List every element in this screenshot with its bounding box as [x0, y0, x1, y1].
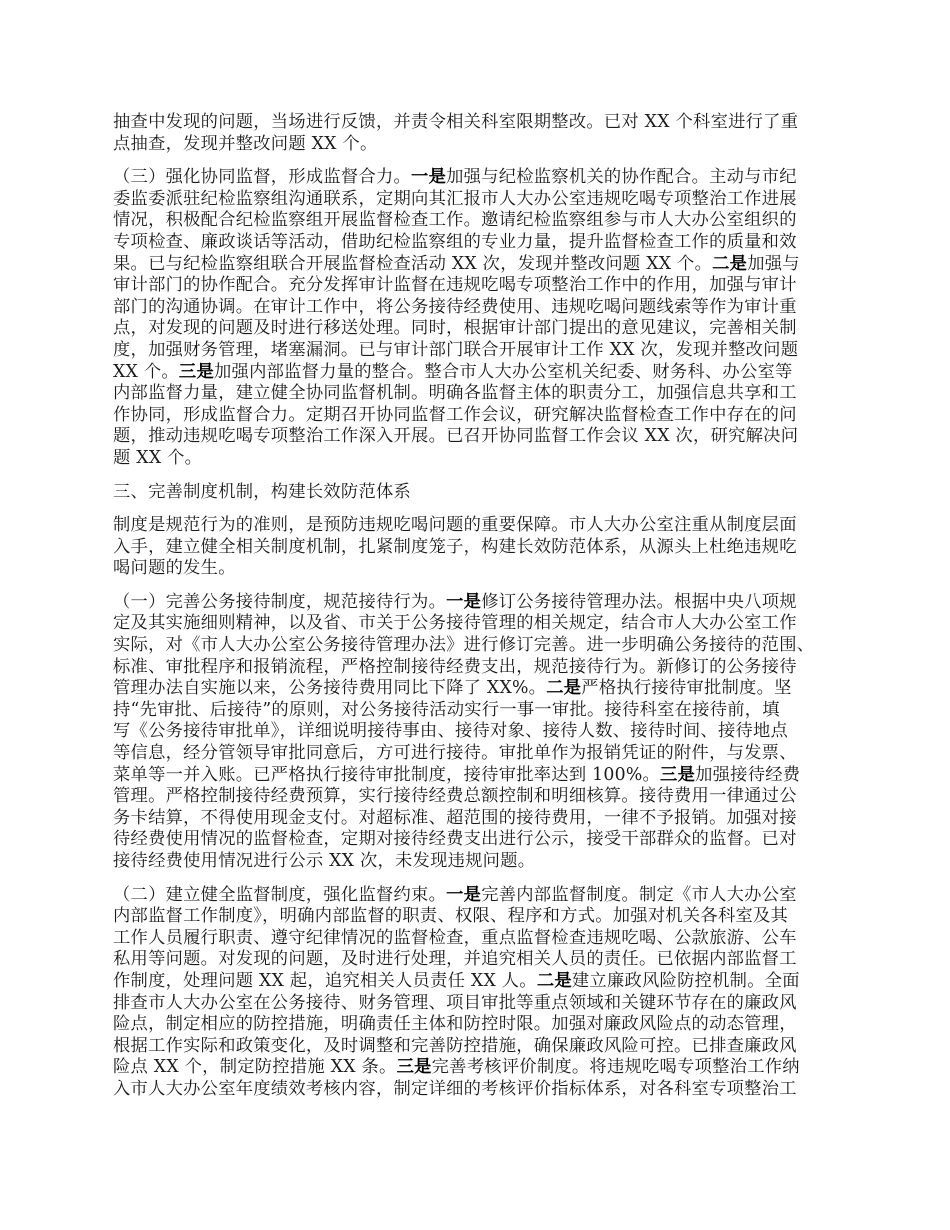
bold-enumerator: 二是: [537, 971, 572, 991]
text-run: 内部监督工作制度》，明确内部监督的职责、权限、程序和方式。加强对机关各科室及其: [113, 906, 788, 926]
body-paragraph: 制度是规范行为的准则，是预防违规吃喝问题的重要保障。市人大办公室注重从制度层面入…: [113, 515, 843, 580]
text-line: 审计部门的协作配合。充分发挥审计监督在违规吃喝专项整治工作中的作用，加强与审计: [113, 275, 843, 297]
body-paragraph: （二）建立健全监督制度，强化监督约束。一是完善内部监督制度。制定《市人大办公室内…: [113, 885, 843, 1101]
text-line: 标准、审批程序和报销流程，严格控制接待经费支出，规范接待行为。新修订的公务接待: [113, 657, 843, 679]
text-run: 点抽查，发现并整改问题 XX 个。: [113, 134, 378, 154]
bold-enumerator: 一是: [446, 592, 481, 612]
text-line: 写《公务接待审批单》，详细说明接待事由、接待对象、接待人数、接待时间、接待地点: [113, 721, 843, 743]
text-run: 务卡结算，不得使用现金支付。对超标准、超范围的接待费用，一律不予报销。加强对接: [113, 808, 797, 828]
text-run: 完善内部监督制度。制定《市人大办公室: [481, 885, 797, 905]
text-run: 内部监督力量，建立健全协同监督机制。明确各监督主体的职责分工，加强信息共享和工: [113, 383, 797, 403]
text-run: 果。已与纪检监察组联合开展监督检查活动 XX 次，发现并整改问题 XX 个。: [113, 254, 712, 274]
text-line: 情况，积极配合纪检监察组开展监督检查工作。邀请纪检监察组参与市人大办公室组织的: [113, 210, 843, 232]
body-paragraph: 抽查中发现的问题，当场进行反馈，并责令相关科室限期整改。已对 XX 个科室进行了…: [113, 112, 843, 155]
text-run: 喝问题的发生。: [113, 558, 236, 578]
bold-enumerator: 二是: [546, 678, 581, 698]
text-run: 接待经费使用情况进行公示 XX 次，未发现违规问题。: [113, 851, 535, 871]
text-line: 抽查中发现的问题，当场进行反馈，并责令相关科室限期整改。已对 XX 个科室进行了…: [113, 112, 843, 134]
text-run: 险点 XX 个，制定防控措施 XX 条。: [113, 1057, 397, 1077]
text-run: 管理办法自实施以来，公务接待费用同比下降了 XX%。: [113, 678, 546, 698]
text-run: 根据工作实际和政策变化，及时调整和完善防控措施，确保廉政风险可控。已排查廉政风: [113, 1036, 797, 1056]
text-line: 入手，建立健全相关制度机制，扎紧制度笼子，构建长效防范体系，从源头上杜绝违规吃: [113, 537, 843, 559]
text-line: 作协同，形成监督合力。定期召开协同监督工作会议，研究解决监督检查工作中存在的问: [113, 405, 843, 427]
text-line: 等信息，经分管领导审批同意后，方可进行接待。审批单作为报销凭证的附件，与发票、: [113, 743, 843, 765]
text-run: 标准、审批程序和报销流程，严格控制接待经费支出，规范接待行为。新修订的公务接待: [113, 657, 797, 677]
text-line: 入市人大办公室年度绩效考核内容，制定详细的考核评价指标体系，对各科室专项整治工: [113, 1079, 843, 1101]
text-line: 务卡结算，不得使用现金支付。对超标准、超范围的接待费用，一律不予报销。加强对接: [113, 808, 843, 830]
text-run: 加强内部监督力量的整合。整合市人大办公室机关纪委、财务科、办公室等: [214, 362, 793, 382]
text-run: XX 个。: [113, 362, 179, 382]
text-line: 实际，对《市人大办公室公务接待管理办法》进行修订完善。进一步明确公务接待的范围、: [113, 635, 843, 657]
text-run: 题，推动违规吃喝专项整治工作深入开展。已召开协同监督工作会议 XX 次，研究解决…: [113, 426, 798, 446]
text-line: 管理办法自实施以来，公务接待费用同比下降了 XX%。二是严格执行接待审批制度。坚: [113, 678, 843, 700]
text-line: 部门的沟通协调。在审计工作中，将公务接待经费使用、违规吃喝问题线索等作为审计重: [113, 297, 843, 319]
text-line: 工作人员履行职责、遵守纪律情况的监督检查，重点监督检查违规吃喝、公款旅游、公车: [113, 928, 843, 950]
body-paragraph: （三）强化协同监督，形成监督合力。一是加强与纪检监察机关的协作配合。主动与市纪委…: [113, 167, 843, 469]
text-run: 审计部门的协作配合。充分发挥审计监督在违规吃喝专项整治工作中的作用，加强与审计: [113, 275, 797, 295]
text-line: 内部监督力量，建立健全协同监督机制。明确各监督主体的职责分工，加强信息共享和工: [113, 383, 843, 405]
text-line: 根据工作实际和政策变化，及时调整和完善防控措施，确保廉政风险可控。已排查廉政风: [113, 1036, 843, 1058]
text-line: 持“先审批、后接待”的原则，对公务接待活动实行一事一审批。接待科室在接待前，填: [113, 700, 843, 722]
text-run: 部门的沟通协调。在审计工作中，将公务接待经费使用、违规吃喝问题线索等作为审计重: [113, 297, 797, 317]
text-line: 险点 XX 个，制定防控措施 XX 条。三是完善考核评价制度。将违规吃喝专项整治…: [113, 1057, 843, 1079]
text-run: 菜单等一并入账。已严格执行接待审批制度，接待审批率达到 100%。: [113, 765, 660, 785]
section-heading: 三、完善制度机制，构建长效防范体系: [113, 482, 843, 504]
text-run: 险点，制定相应的防控措施，明确责任主体和防控时限。加强对廉政风险点的动态管理，: [113, 1014, 797, 1034]
text-line: 三、完善制度机制，构建长效防范体系: [113, 482, 843, 504]
text-run: 等信息，经分管领导审批同意后，方可进行接待。审批单作为报销凭证的附件，与发票、: [113, 743, 797, 763]
text-line: 题 XX 个。: [113, 448, 843, 470]
text-line: 果。已与纪检监察组联合开展监督检查活动 XX 次，发现并整改问题 XX 个。二是…: [113, 254, 843, 276]
text-run: 作制度，处理问题 XX 起，追究相关人员责任 XX 人。: [113, 971, 537, 991]
text-run: 度，加强财务管理，堵塞漏洞。已与审计部门联合开展审计工作 XX 次，发现并整改问…: [113, 340, 798, 360]
text-run: 排查市人大办公室在公务接待、财务管理、项目审批等重点领域和关键环节存在的廉政风: [113, 993, 797, 1013]
text-line: 制度是规范行为的准则，是预防违规吃喝问题的重要保障。市人大办公室注重从制度层面: [113, 515, 843, 537]
text-run: 写《公务接待审批单》，详细说明接待事由、接待对象、接待人数、接待时间、接待地点: [113, 721, 788, 741]
bold-enumerator: 一是: [446, 885, 481, 905]
text-run: 点，对发现的问题及时进行移送处理。同时，根据审计部门提出的意见建议，完善相关制: [113, 318, 797, 338]
text-run: 修订公务接待管理办法。根据中央八项规: [481, 592, 797, 612]
text-run: 三、完善制度机制，构建长效防范体系: [113, 482, 411, 502]
bold-enumerator: 二是: [712, 254, 747, 274]
text-run: 私用等问题。对发现的问题，及时进行处理，并追究相关人员的责任。已依据内部监督工: [113, 949, 797, 969]
text-run: 专项检查、廉政谈话等活动，借助纪检监察组的专业力量，提升监督检查工作的质量和效: [113, 232, 797, 252]
text-run: 持“先审批、后接待”的原则，对公务接待活动实行一事一审批。接待科室在接待前，填: [113, 700, 780, 720]
text-line: XX 个。三是加强内部监督力量的整合。整合市人大办公室机关纪委、财务科、办公室等: [113, 362, 843, 384]
text-run: 加强与纪检监察机关的协作配合。主动与市纪: [446, 167, 797, 187]
text-run: 待经费使用情况的监督检查，定期对接待经费支出进行公示，接受干部群众的监督。已对: [113, 829, 797, 849]
text-line: 待经费使用情况的监督检查，定期对接待经费支出进行公示，接受干部群众的监督。已对: [113, 829, 843, 851]
text-line: 委监委派驻纪检监察组沟通联系，定期向其汇报市人大办公室违规吃喝专项整治工作进展: [113, 189, 843, 211]
text-run: 入市人大办公室年度绩效考核内容，制定详细的考核评价指标体系，对各科室专项整治工: [113, 1079, 797, 1099]
text-run: 实际，对《市人大办公室公务接待管理办法》进行修订完善。进一步明确公务接待的范围、: [113, 635, 814, 655]
text-run: 委监委派驻纪检监察组沟通联系，定期向其汇报市人大办公室违规吃喝专项整治工作进展: [113, 189, 797, 209]
text-line: 接待经费使用情况进行公示 XX 次，未发现违规问题。: [113, 851, 843, 873]
text-run: （三）强化协同监督，形成监督合力。: [113, 167, 411, 187]
text-line: 定及其实施细则精神，以及省、市关于公务接待管理的相关规定，结合市人大办公室工作: [113, 613, 843, 635]
text-line: （二）建立健全监督制度，强化监督约束。一是完善内部监督制度。制定《市人大办公室: [113, 885, 843, 907]
text-line: 点，对发现的问题及时进行移送处理。同时，根据审计部门提出的意见建议，完善相关制: [113, 318, 843, 340]
text-line: 度，加强财务管理，堵塞漏洞。已与审计部门联合开展审计工作 XX 次，发现并整改问…: [113, 340, 843, 362]
text-line: 专项检查、廉政谈话等活动，借助纪检监察组的专业力量，提升监督检查工作的质量和效: [113, 232, 843, 254]
text-line: 险点，制定相应的防控措施，明确责任主体和防控时限。加强对廉政风险点的动态管理，: [113, 1014, 843, 1036]
bold-enumerator: 三是: [660, 765, 695, 785]
text-run: 制度是规范行为的准则，是预防违规吃喝问题的重要保障。市人大办公室注重从制度层面: [113, 515, 797, 535]
text-line: 内部监督工作制度》，明确内部监督的职责、权限、程序和方式。加强对机关各科室及其: [113, 906, 843, 928]
text-run: 严格执行接待审批制度。坚: [581, 678, 791, 698]
bold-enumerator: 一是: [411, 167, 446, 187]
bold-enumerator: 三是: [397, 1057, 432, 1077]
text-run: 加强与: [747, 254, 800, 274]
text-line: 作制度，处理问题 XX 起，追究相关人员责任 XX 人。二是建立廉政风险防控机制…: [113, 971, 843, 993]
text-run: 完善考核评价制度。将违规吃喝专项整治工作纳: [432, 1057, 800, 1077]
text-run: 题 XX 个。: [113, 448, 202, 468]
text-run: 工作人员履行职责、遵守纪律情况的监督检查，重点监督检查违规吃喝、公款旅游、公车: [113, 928, 797, 948]
text-line: （一）完善公务接待制度，规范接待行为。一是修订公务接待管理办法。根据中央八项规: [113, 592, 843, 614]
text-run: 管理。严格控制接待经费预算，实行接待经费总额控制和明细核算。接待费用一律通过公: [113, 786, 797, 806]
bold-enumerator: 三是: [179, 362, 214, 382]
text-line: 点抽查，发现并整改问题 XX 个。: [113, 134, 843, 156]
text-line: 喝问题的发生。: [113, 558, 843, 580]
text-line: 菜单等一并入账。已严格执行接待审批制度，接待审批率达到 100%。三是加强接待经…: [113, 765, 843, 787]
text-run: 入手，建立健全相关制度机制，扎紧制度笼子，构建长效防范体系，从源头上杜绝违规吃: [113, 537, 797, 557]
text-line: 题，推动违规吃喝专项整治工作深入开展。已召开协同监督工作会议 XX 次，研究解决…: [113, 426, 843, 448]
document-page: 抽查中发现的问题，当场进行反馈，并责令相关科室限期整改。已对 XX 个科室进行了…: [113, 112, 843, 1113]
body-paragraph: （一）完善公务接待制度，规范接待行为。一是修订公务接待管理办法。根据中央八项规定…: [113, 592, 843, 873]
text-run: 加强接待经费: [695, 765, 800, 785]
text-run: （一）完善公务接待制度，规范接待行为。: [113, 592, 446, 612]
text-run: 定及其实施细则精神，以及省、市关于公务接待管理的相关规定，结合市人大办公室工作: [113, 613, 797, 633]
text-line: 管理。严格控制接待经费预算，实行接待经费总额控制和明细核算。接待费用一律通过公: [113, 786, 843, 808]
text-run: 情况，积极配合纪检监察组开展监督检查工作。邀请纪检监察组参与市人大办公室组织的: [113, 210, 797, 230]
text-run: 抽查中发现的问题，当场进行反馈，并责令相关科室限期整改。已对 XX 个科室进行了…: [113, 112, 798, 132]
text-line: 排查市人大办公室在公务接待、财务管理、项目审批等重点领域和关键环节存在的廉政风: [113, 993, 843, 1015]
text-run: 建立廉政风险防控机制。全面: [572, 971, 800, 991]
text-run: （二）建立健全监督制度，强化监督约束。: [113, 885, 446, 905]
text-run: 作协同，形成监督合力。定期召开协同监督工作会议，研究解决监督检查工作中存在的问: [113, 405, 797, 425]
text-line: （三）强化协同监督，形成监督合力。一是加强与纪检监察机关的协作配合。主动与市纪: [113, 167, 843, 189]
text-line: 私用等问题。对发现的问题，及时进行处理，并追究相关人员的责任。已依据内部监督工: [113, 949, 843, 971]
